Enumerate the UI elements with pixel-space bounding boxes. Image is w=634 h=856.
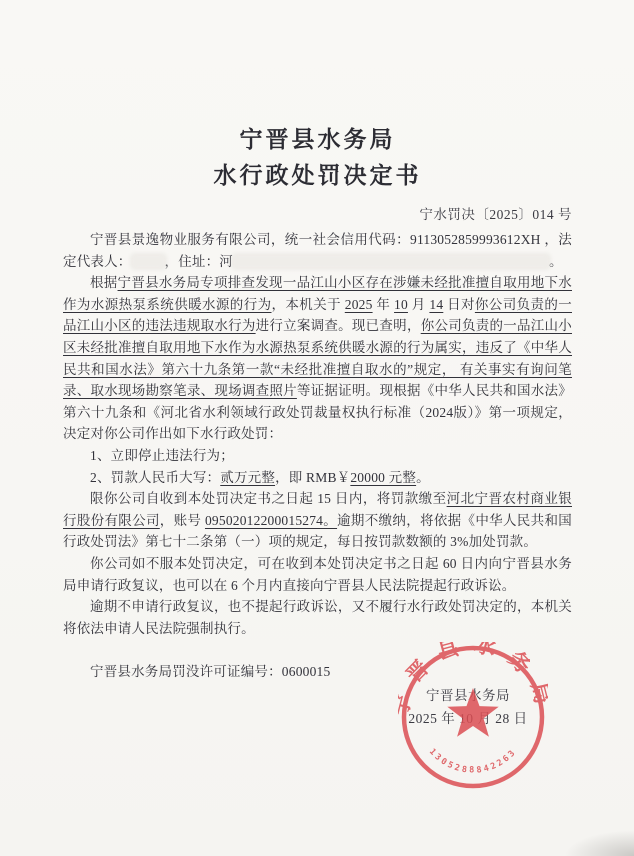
paragraph-facts-and-basis: 根据宁晋县水务局专项排查发现一品江山小区存在涉嫌未经批准擅自取用地下水作为水源热… xyxy=(63,272,572,445)
redacted-text xyxy=(233,255,549,268)
document-number: 宁水罚决〔2025〕014 号 xyxy=(63,203,572,223)
seal-serial-number: 1305288842263 xyxy=(427,747,519,776)
paragraph-license-number: 宁晋县水务局罚没许可证编号：0600015 xyxy=(63,661,572,683)
signature-date: 2025 年 10 月 28 日 xyxy=(368,707,568,730)
redacted-text xyxy=(132,255,165,268)
document-title-agency: 宁晋县水务局 xyxy=(63,128,572,151)
paragraph-payment: 限你公司自收到本处罚决定书之日起 15 日内，将罚款缴至河北宁晋农村商业银行股份… xyxy=(63,488,572,553)
document-title-type: 水行政处罚决定书 xyxy=(63,164,572,187)
paragraph-appeal-rights: 你公司如不服本处罚决定，可在收到本处罚决定书之日起 60 日内向宁晋县水务局申请… xyxy=(63,553,572,596)
penalty-item-2: 2、罚款人民币大写：贰万元整，即 RMB￥20000 元整。 xyxy=(63,467,572,489)
signature-agency: 宁晋县水务局 xyxy=(368,684,568,707)
paragraph-enforcement: 逾期不申请行政复议，也不提起行政诉讼，又不履行水行政处罚决定的，本机关将依法申请… xyxy=(63,596,572,639)
document-body: 宁晋县景逸物业服务有限公司，统一社会信用代码：9113052859993612X… xyxy=(63,229,572,683)
paragraph-recipient: 宁晋县景逸物业服务有限公司，统一社会信用代码：9113052859993612X… xyxy=(63,229,572,272)
penalty-item-1: 1、立即停止违法行为； xyxy=(63,445,572,467)
signature-block: 宁晋县水务局 2025 年 10 月 28 日 xyxy=(368,684,568,730)
document-page: 宁晋县水务局 水行政处罚决定书 宁水罚决〔2025〕014 号 宁晋县景逸物业服… xyxy=(0,0,634,856)
